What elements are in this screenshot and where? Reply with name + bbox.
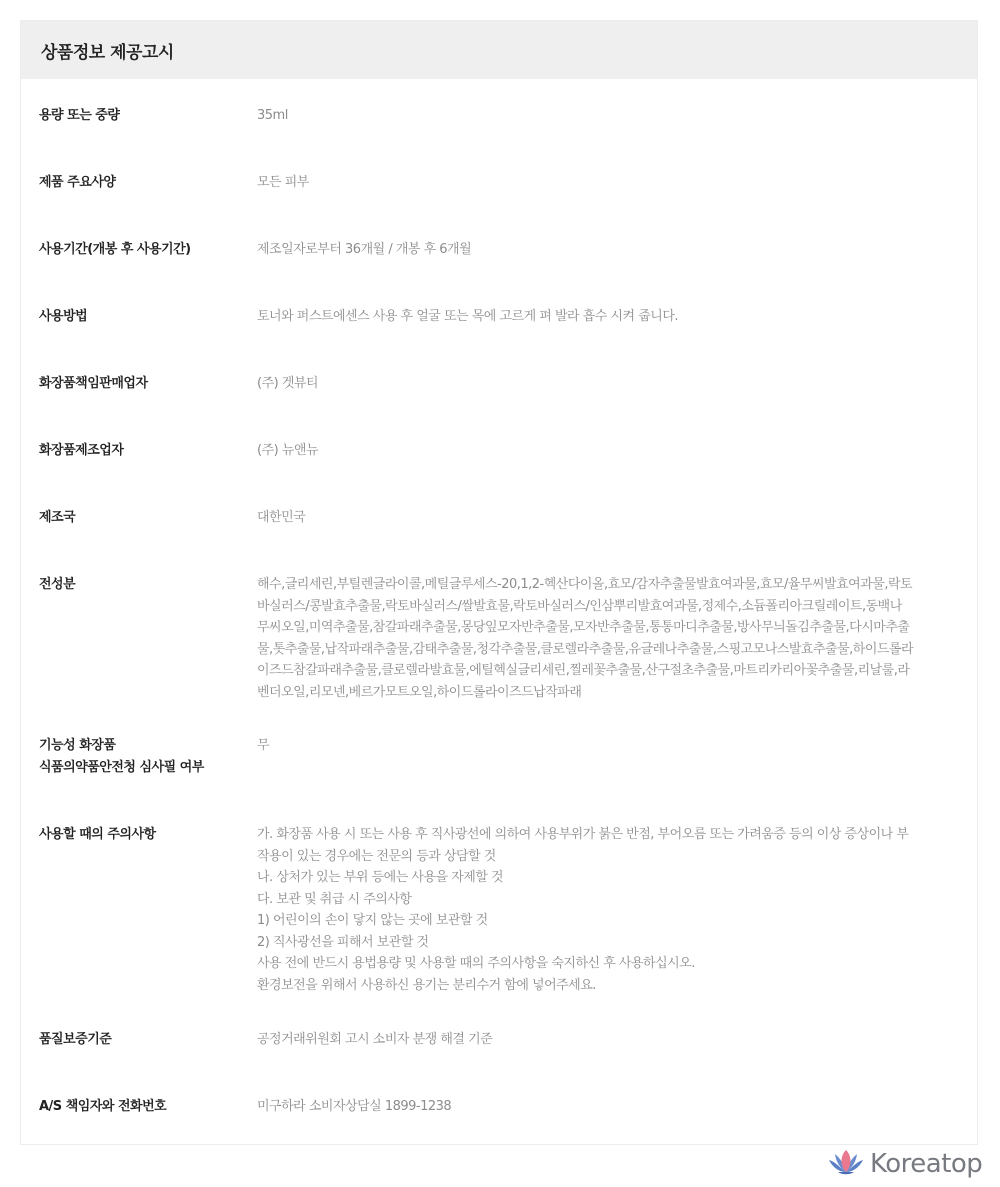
precaution-line: 나. 상처가 있는 부위 등에는 사용을 자제할 것 bbox=[257, 867, 962, 889]
row-value: 제조일자로부터 36개월 / 개봉 후 6개월 bbox=[257, 239, 962, 261]
row-label: 사용할 때의 주의사항 bbox=[39, 824, 254, 846]
row-label: 용량 또는 중량 bbox=[39, 105, 254, 127]
row-label: 화장품책임판매업자 bbox=[39, 373, 254, 395]
row-value: (주) 겟뷰티 bbox=[257, 373, 962, 395]
precaution-line: 사용 전에 반드시 용법용량 및 사용할 때의 주의사항을 숙지하신 후 사용하… bbox=[257, 953, 962, 975]
row-label: A/S 책임자와 전화번호 bbox=[39, 1096, 254, 1118]
panel-header: 상품정보 제공고시 bbox=[21, 21, 977, 79]
row-value: 공정거래위원회 고시 소비자 분쟁 해결 기준 bbox=[257, 1029, 962, 1051]
row-label: 사용기간(개봉 후 사용기간) bbox=[39, 239, 254, 261]
ingredients-line: 바실러스/콩발효추출물,락토바실러스/쌀발효물,락토바실러스/인삼뿌리발효여과물… bbox=[257, 596, 962, 618]
precaution-line: 1) 어린이의 손이 닿지 않는 곳에 보관할 것 bbox=[257, 910, 962, 932]
row-label: 제조국 bbox=[39, 507, 254, 529]
row-value: 무 bbox=[257, 735, 962, 757]
row-label: 제품 주요사양 bbox=[39, 172, 254, 194]
ingredients-line: 무씨오일,미역추출물,참갈파래추출물,몽당잎모자반추출물,모자반추출물,통통마디… bbox=[257, 617, 962, 639]
panel-title: 상품정보 제공고시 bbox=[41, 38, 174, 63]
ingredients-line: 물,톳추출물,납작파래추출물,감태추출물,청각추출물,클로렐라추출물,유글레나추… bbox=[257, 639, 962, 661]
row-value: (주) 뉴앤뉴 bbox=[257, 440, 962, 462]
precaution-line: 작용이 있는 경우에는 전문의 등과 상담할 것 bbox=[257, 846, 962, 868]
precaution-line: 가. 화장품 사용 시 또는 사용 후 직사광선에 의하여 사용부위가 붉은 반… bbox=[257, 824, 962, 846]
row-value: 대한민국 bbox=[257, 507, 962, 529]
koreatop-logo: Koreatop bbox=[826, 1146, 982, 1182]
row-label: 품질보증기준 bbox=[39, 1029, 254, 1051]
row-value: 모든 피부 bbox=[257, 172, 962, 194]
logo-text: Koreatop bbox=[870, 1149, 982, 1179]
precaution-line: 2) 직사광선을 피해서 보관할 것 bbox=[257, 932, 962, 954]
ingredients-line: 해수,글리세린,부틸렌글라이콜,메틸글루세스-20,1,2-헥산다이올,효모/감… bbox=[257, 574, 962, 596]
ingredients-list: 해수,글리세린,부틸렌글라이콜,메틸글루세스-20,1,2-헥산다이올,효모/감… bbox=[257, 574, 962, 703]
row-label: 화장품제조업자 bbox=[39, 440, 254, 462]
precaution-line: 환경보전을 위해서 사용하신 용기는 분리수거 함에 넣어주세요. bbox=[257, 975, 962, 997]
row-label: 사용방법 bbox=[39, 306, 254, 328]
row-label: 기능성 화장품 식품의약품안전청 심사필 여부 bbox=[39, 735, 254, 779]
ingredients-line: 벤더오일,리모넨,베르가모트오일,하이드롤라이즈드납작파래 bbox=[257, 682, 962, 704]
ingredients-line: 이즈드참갈파래추출물,클로렐라발효물,에틸헥실글리세린,찔레꽃추출물,산구절초추… bbox=[257, 660, 962, 682]
row-value: 토너와 퍼스트에센스 사용 후 얼굴 또는 목에 고르게 펴 발라 흡수 시켜 … bbox=[257, 306, 962, 328]
product-info-notice-panel: 상품정보 제공고시 용량 또는 중량 35ml 제품 주요사양 모든 피부 사용… bbox=[20, 20, 978, 1145]
row-value: 35ml bbox=[257, 105, 962, 127]
row-label-line: 기능성 화장품 bbox=[39, 735, 254, 757]
lotus-icon bbox=[826, 1148, 866, 1180]
precaution-line: 다. 보관 및 취급 시 주의사항 bbox=[257, 889, 962, 911]
row-label: 전성분 bbox=[39, 574, 254, 596]
row-label-line: 식품의약품안전청 심사필 여부 bbox=[39, 757, 254, 779]
row-value: 미구하라 소비자상담실 1899-1238 bbox=[257, 1096, 962, 1118]
precautions-text: 가. 화장품 사용 시 또는 사용 후 직사광선에 의하여 사용부위가 붉은 반… bbox=[257, 824, 962, 996]
